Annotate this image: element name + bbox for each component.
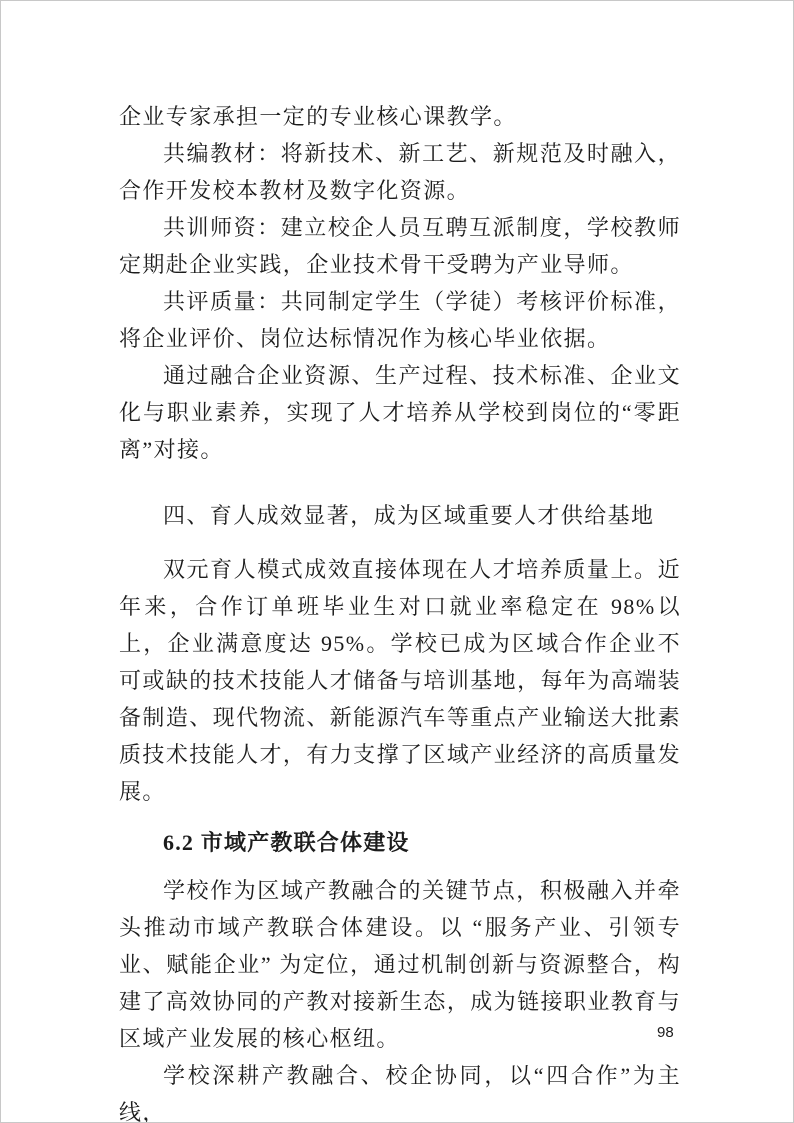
paragraph-co-edit-textbooks: 共编教材：将新技术、新工艺、新规范及时融入，合作开发校本教材及数字化资源。 [119, 135, 681, 209]
document-page: 企业专家承担一定的专业核心课教学。 共编教材：将新技术、新工艺、新规范及时融入，… [0, 0, 794, 1123]
paragraph-talent-outcomes: 双元育人模式成效直接体现在人才培养质量上。近年来，合作订单班毕业生对口就业率稳定… [119, 551, 681, 810]
paragraph-zero-distance: 通过融合企业资源、生产过程、技术标准、企业文化与职业素养，实现了人才培养从学校到… [119, 357, 681, 468]
paragraph-consortium-role: 学校作为区域产教融合的关键节点，积极融入并牵头推动市域产教联合体建设。以 “服务… [119, 872, 681, 1057]
paragraph-co-train-teachers: 共训师资：建立校企人员互聘互派制度，学校教师定期赴企业实践，企业技术骨干受聘为产… [119, 209, 681, 283]
paragraph-continuation: 企业专家承担一定的专业核心课教学。 [119, 98, 681, 135]
subsection-heading-6-2: 6.2 市域产教联合体建设 [119, 824, 681, 861]
section-heading-four: 四、育人成效显著，成为区域重要人才供给基地 [119, 497, 681, 534]
paragraph-four-cooperations: 学校深耕产教融合、校企协同，以“四合作”为主线， [119, 1057, 681, 1123]
page-content: 企业专家承担一定的专业核心课教学。 共编教材：将新技术、新工艺、新规范及时融入，… [119, 98, 681, 1123]
paragraph-co-evaluate-quality: 共评质量：共同制定学生（学徒）考核评价标准，将企业评价、岗位达标情况作为核心毕业… [119, 283, 681, 357]
page-number: 98 [657, 1024, 674, 1042]
